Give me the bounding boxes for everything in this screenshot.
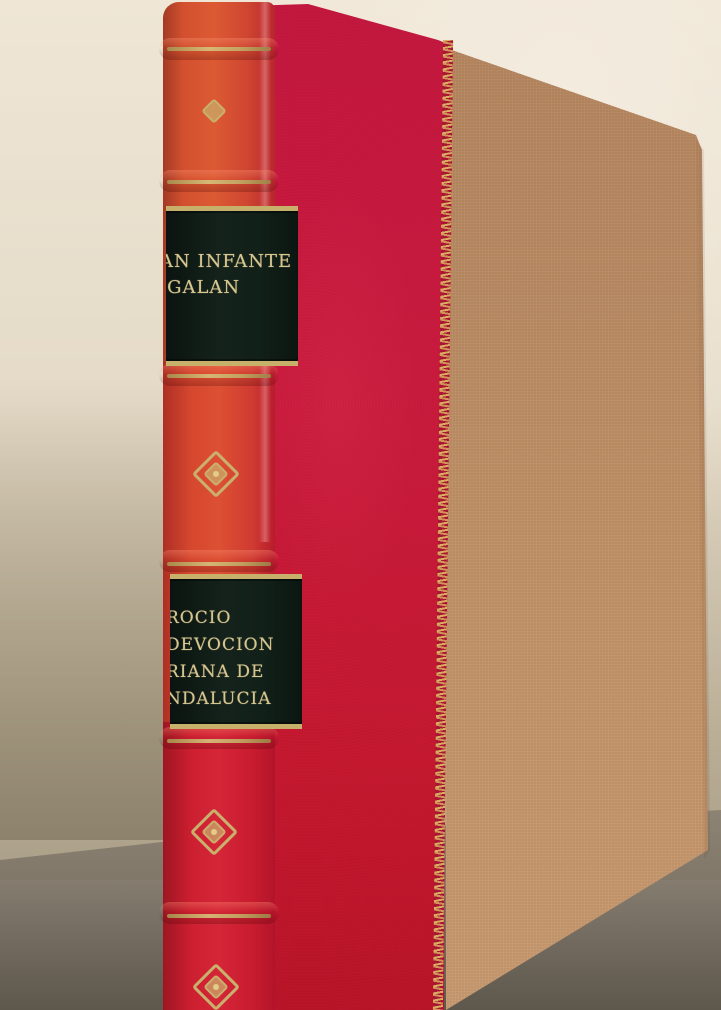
- title-line-3: RIANA DE: [170, 659, 275, 686]
- author-line-1: AN INFANTE: [166, 249, 292, 275]
- cloth-board-cover: [446, 0, 721, 1010]
- gilt-band-line: [167, 914, 271, 918]
- gilt-band-line: [167, 562, 271, 566]
- gilt-band-line: [167, 739, 271, 743]
- title-line-1: ROCIO: [170, 605, 275, 632]
- raised-band: [159, 727, 279, 749]
- book-spine: [163, 2, 275, 1010]
- wall-shadow: [0, 380, 170, 840]
- gilt-band-line: [167, 374, 271, 378]
- raised-band: [159, 902, 279, 924]
- gilt-band-line: [167, 47, 271, 51]
- title-line-2: DEVOCION: [170, 632, 275, 659]
- raised-band: [159, 550, 279, 572]
- leather-cover-panel: [248, 0, 448, 1010]
- diamond-ornament-icon: [190, 87, 238, 135]
- leather-texture: [248, 0, 448, 1010]
- gilt-band-line: [167, 180, 271, 184]
- spine-title-label: ROCIO DEVOCION RIANA DE NDALUCIA: [170, 574, 302, 729]
- title-line-4: NDALUCIA: [170, 686, 275, 713]
- photo-scene: AN INFANTE -GALAN ROCIO DEVOCION RIANA D…: [0, 0, 721, 1010]
- spine-author-label: AN INFANTE -GALAN: [166, 206, 298, 366]
- author-line-2: -GALAN: [166, 275, 292, 301]
